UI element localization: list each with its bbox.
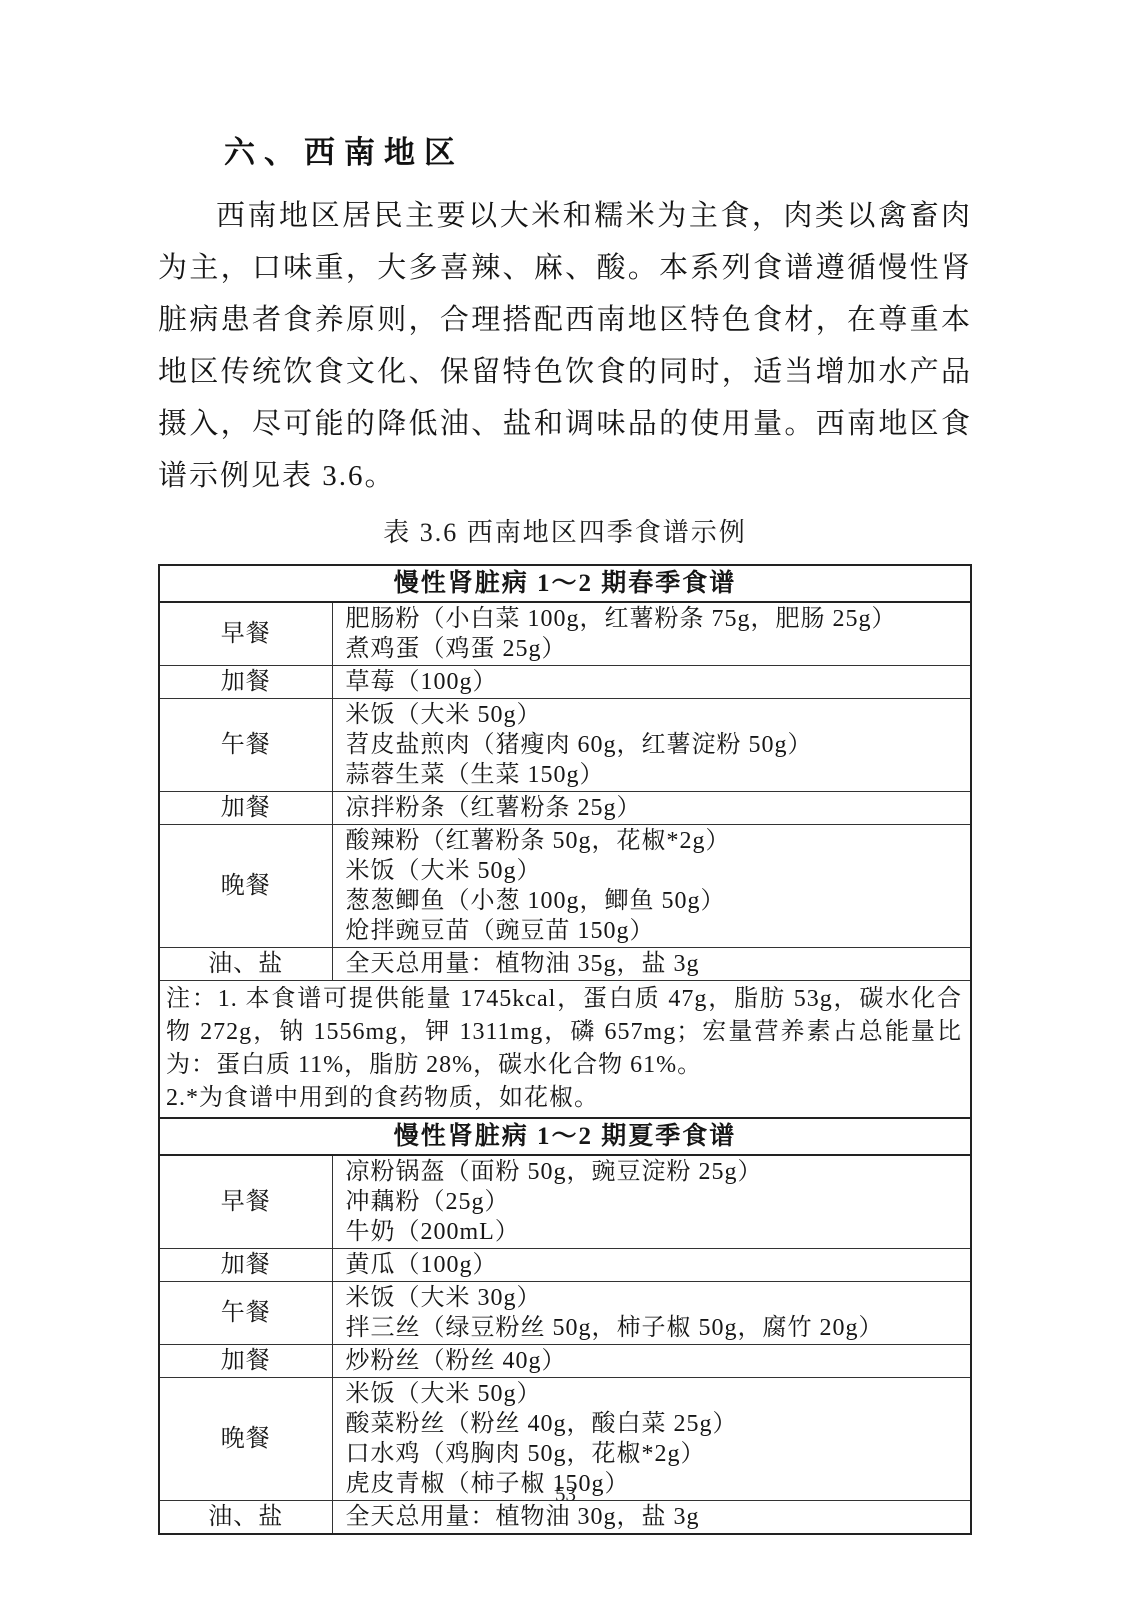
section-header-label: 慢性肾脏病 1～2 期夏季食谱 [159,1118,971,1155]
table-section-header-spring: 慢性肾脏病 1～2 期春季食谱 [159,565,971,602]
table-notes: 注：1. 本食谱可提供能量 1745kcal，蛋白质 47g，脂肪 53g，碳水… [159,981,971,1119]
meal-item: 拌三丝（绿豆粉丝 50g，柿子椒 50g，腐竹 20g） [346,1313,961,1343]
meal-item: 口水鸡（鸡胸肉 50g，花椒*2g） [346,1439,961,1469]
table-row: 加餐 草莓（100g） [159,666,971,699]
meal-item: 酸菜粉丝（粉丝 40g，酸白菜 25g） [346,1409,961,1439]
table-notes-row: 注：1. 本食谱可提供能量 1745kcal，蛋白质 47g，脂肪 53g，碳水… [159,981,971,1119]
meal-item: 黄瓜（100g） [346,1250,961,1280]
meal-items: 炒粉丝（粉丝 40g） [332,1345,971,1378]
table-row: 晚餐 酸辣粉（红薯粉条 50g，花椒*2g） 米饭（大米 50g） 葱葱鲫鱼（小… [159,825,971,948]
meal-item: 肥肠粉（小白菜 100g，红薯粉条 75g，肥肠 25g） [346,604,961,634]
section-heading: 六、西南地区 [224,132,972,174]
meal-label: 午餐 [159,1282,332,1345]
meal-item: 米饭（大米 50g） [346,856,961,886]
section-header-label: 慢性肾脏病 1～2 期春季食谱 [159,565,971,602]
note-line: 2.*为食谱中用到的食药物质，如花椒。 [166,1082,962,1115]
meal-item: 炒粉丝（粉丝 40g） [346,1346,961,1376]
meal-item: 凉拌粉条（红薯粉条 25g） [346,793,961,823]
meal-items: 米饭（大米 30g） 拌三丝（绿豆粉丝 50g，柿子椒 50g，腐竹 20g） [332,1282,971,1345]
document-page: { "heading": "六、西南地区", "paragraph": "西南地… [0,0,1131,1600]
meal-label: 加餐 [159,1249,332,1282]
table-row: 加餐 黄瓜（100g） [159,1249,971,1282]
meal-items: 米饭（大米 50g） 苕皮盐煎肉（猪瘦肉 60g，红薯淀粉 50g） 蒜蓉生菜（… [332,699,971,792]
meal-item: 苕皮盐煎肉（猪瘦肉 60g，红薯淀粉 50g） [346,730,961,760]
table-section-header-summer: 慢性肾脏病 1～2 期夏季食谱 [159,1118,971,1155]
meal-items: 凉粉锅盔（面粉 50g，豌豆淀粉 25g） 冲藕粉（25g） 牛奶（200mL） [332,1155,971,1249]
meal-items: 黄瓜（100g） [332,1249,971,1282]
meal-label: 加餐 [159,792,332,825]
meal-label: 加餐 [159,666,332,699]
meal-item: 米饭（大米 30g） [346,1283,961,1313]
meal-label: 油、盐 [159,948,332,981]
table-row: 早餐 凉粉锅盔（面粉 50g，豌豆淀粉 25g） 冲藕粉（25g） 牛奶（200… [159,1155,971,1249]
table-row: 午餐 米饭（大米 30g） 拌三丝（绿豆粉丝 50g，柿子椒 50g，腐竹 20… [159,1282,971,1345]
table-row: 加餐 炒粉丝（粉丝 40g） [159,1345,971,1378]
meal-item: 草莓（100g） [346,667,961,697]
meal-item: 酸辣粉（红薯粉条 50g，花椒*2g） [346,826,961,856]
meal-items: 酸辣粉（红薯粉条 50g，花椒*2g） 米饭（大米 50g） 葱葱鲫鱼（小葱 1… [332,825,971,948]
meal-item: 蒜蓉生菜（生菜 150g） [346,760,961,790]
meal-item: 凉粉锅盔（面粉 50g，豌豆淀粉 25g） [346,1157,961,1187]
meal-item: 米饭（大米 50g） [346,700,961,730]
meal-label: 午餐 [159,699,332,792]
table-row: 早餐 肥肠粉（小白菜 100g，红薯粉条 75g，肥肠 25g） 煮鸡蛋（鸡蛋 … [159,602,971,666]
meal-items: 肥肠粉（小白菜 100g，红薯粉条 75g，肥肠 25g） 煮鸡蛋（鸡蛋 25g… [332,602,971,666]
meal-item: 煮鸡蛋（鸡蛋 25g） [346,634,961,664]
intro-paragraph: 西南地区居民主要以大米和糯米为主食，肉类以禽畜肉为主，口味重，大多喜辣、麻、酸。… [158,190,972,502]
recipe-table: 慢性肾脏病 1～2 期春季食谱 早餐 肥肠粉（小白菜 100g，红薯粉条 75g… [158,564,972,1535]
meal-item: 炝拌豌豆苗（豌豆苗 150g） [346,916,961,946]
meal-label: 早餐 [159,602,332,666]
meal-item: 全天总用量：植物油 35g，盐 3g [346,949,961,979]
table-caption: 表 3.6 西南地区四季食谱示例 [158,516,972,550]
meal-items: 全天总用量：植物油 35g，盐 3g [332,948,971,981]
meal-label: 加餐 [159,1345,332,1378]
note-line: 注：1. 本食谱可提供能量 1745kcal，蛋白质 47g，脂肪 53g，碳水… [166,983,962,1082]
meal-items: 凉拌粉条（红薯粉条 25g） [332,792,971,825]
meal-item: 米饭（大米 50g） [346,1379,961,1409]
table-row: 油、盐 全天总用量：植物油 35g，盐 3g [159,948,971,981]
table-row: 午餐 米饭（大米 50g） 苕皮盐煎肉（猪瘦肉 60g，红薯淀粉 50g） 蒜蓉… [159,699,971,792]
page-number: 53 [0,1482,1131,1507]
meal-item: 牛奶（200mL） [346,1217,961,1247]
meal-items: 草莓（100g） [332,666,971,699]
page-content: 六、西南地区 西南地区居民主要以大米和糯米为主食，肉类以禽畜肉为主，口味重，大多… [158,0,972,1535]
table-row: 加餐 凉拌粉条（红薯粉条 25g） [159,792,971,825]
meal-item: 葱葱鲫鱼（小葱 100g，鲫鱼 50g） [346,886,961,916]
meal-label: 晚餐 [159,825,332,948]
meal-item: 冲藕粉（25g） [346,1187,961,1217]
meal-label: 早餐 [159,1155,332,1249]
